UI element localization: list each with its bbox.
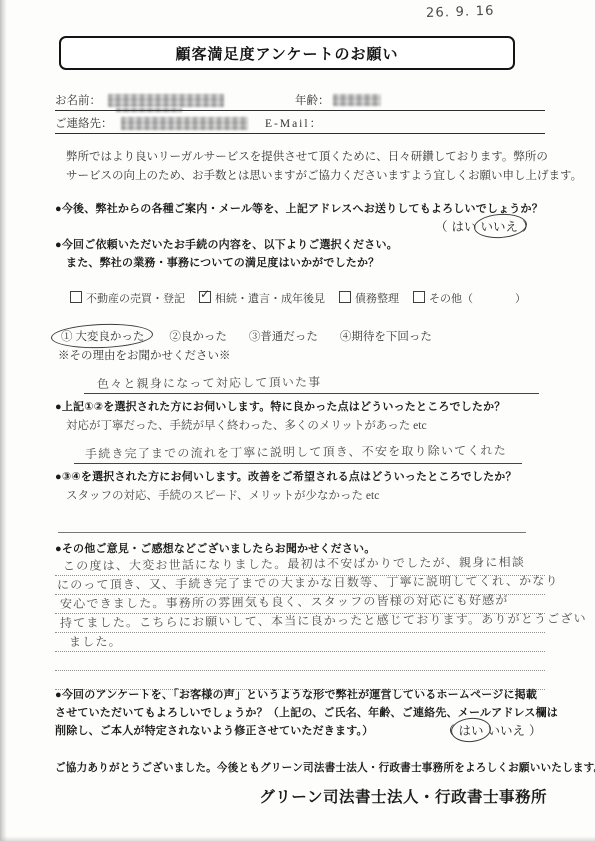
option-yes: はい	[450, 217, 479, 235]
handwritten-comment-1: この度は、大変お世話になりました。最初は不安ばかりでしたが、親身に相談	[63, 553, 525, 574]
comment-line: ました。	[55, 633, 545, 652]
handwritten-date: 26. 9. 16	[426, 4, 495, 21]
checkbox-debt	[339, 291, 351, 303]
question-mail: ●今後、弊社からの各種ご案内・メール等を、上記アドレスへお送りしてもよろしいでし…	[55, 200, 543, 216]
category-label: 相続・遺言・成年後見	[215, 293, 325, 305]
name-redaction	[108, 94, 224, 107]
question-improve-hint: スタッフの対応、手続のスピード、メリットが少なかった etc	[66, 487, 379, 503]
comment-line-empty	[55, 652, 545, 671]
handwritten-comment-2: にのって頂き、又、手続き完了までの大まかな日数等、丁寧に説明してくれ、かなり	[57, 572, 559, 593]
question-other: ●その他ご意見・ご感想などございましたらお聞かせください。	[55, 540, 375, 556]
category-item: 債務整理	[339, 290, 399, 306]
rating-1-circled: ① 大変良かった	[58, 328, 147, 344]
page-title: 顧客満足度アンケートのお願い	[175, 43, 398, 64]
category-item: その他（	[413, 290, 473, 306]
age-redaction	[333, 94, 381, 106]
intro-line-1: 弊所ではより良いリーガルサービスを提供させて頂くために、日々研鑽しております。弊…	[66, 148, 548, 164]
option-no: いいえ	[486, 721, 528, 739]
handwritten-comment-4: 持てました。こちらにお願いして、本当に良かったと感じております。ありがとうござい	[60, 609, 587, 631]
paren-close: ）	[527, 721, 544, 739]
question-publish-line3: 削除し、ご本人が特定されないよう修正させていただきます。）	[55, 722, 373, 738]
title-box: 顧客満足度アンケートのお願い	[59, 36, 515, 70]
rating-4: ④期待を下回った	[340, 328, 432, 344]
handwritten-reason: 色々と親身になって対応して頂いた事	[97, 373, 322, 392]
check-icon: ✓	[200, 287, 210, 301]
mail-answer-group: （はいいいえ）	[433, 217, 537, 235]
age-label: 年齢：	[295, 92, 330, 108]
category-row: 不動産の売買・登記 ✓相続・遺言・成年後見 債務整理 その他（ ）	[70, 290, 532, 306]
question-publish-line2: させていただいてもよろしいでしょうか？（上記の、ご氏名、年齢、ご連絡先、メールア…	[55, 704, 558, 720]
category-label: その他（	[429, 293, 473, 305]
handwritten-good: 手続き完了までの流れを丁寧に説明して頂き、不安を取り除いてくれた	[85, 441, 507, 462]
question-select-line2: また、弊社の業務・事務についての満足度はいかがでしたか？	[66, 254, 379, 270]
comment-line: 持てました。こちらにお願いして、本当に良かったと感じております。ありがとうござい	[55, 614, 545, 633]
checkbox-real-estate	[70, 291, 82, 303]
checkbox-other	[413, 291, 425, 303]
category-item: ✓相続・遺言・成年後見	[199, 290, 325, 306]
scanned-survey-page: 26. 9. 16 顧客満足度アンケートのお願い お名前： 年齢： ご連絡先： …	[0, 0, 595, 841]
scan-edge-bottom	[0, 836, 595, 841]
comment-area: この度は、大変お世話になりました。最初は不安ばかりでしたが、親身に相談 にのって…	[55, 557, 545, 690]
scan-edge-left	[0, 0, 7, 841]
good-underline	[74, 463, 522, 464]
name-label: お名前：	[55, 92, 101, 108]
rating-row: ① 大変良かった ②良かった ③普通だった ④期待を下回った	[58, 328, 538, 344]
paren-close: ）	[520, 217, 537, 235]
contact-redaction	[121, 117, 248, 130]
option-yes-label: はい	[459, 724, 484, 738]
contact-label: ご連絡先：	[55, 115, 113, 131]
footer-thanks: ご協力ありがとうございました。今後ともグリーン司法書士法人・行政書士事務所をよろ…	[55, 760, 595, 775]
question-select-line1: ●今回ご依頼いただいたお手続の内容を、以下よりご選択ください。	[55, 236, 398, 252]
intro-line-2: サービスの向上のため、お手数とは思いますがご協力くださいますよう宜しくお願い申し…	[66, 167, 582, 183]
category-close-paren: ）	[515, 290, 526, 306]
question-publish-line1: ●今回のアンケートを、「お客様の声」というような形で弊社が運営しているホームペー…	[55, 686, 537, 702]
paren-open: （	[440, 721, 457, 739]
handwritten-comment-3: 安心できました。事務所の雰囲気も良く、スタッフの皆様の対応にも好感が	[60, 591, 509, 612]
category-item: 不動産の売買・登記	[70, 290, 185, 306]
question-good: ●上記①②を選択された方にお伺いします。特に良かった点はどういったところでしたか…	[55, 398, 505, 414]
paren-open: （	[433, 217, 450, 235]
rating-1: ① 大変良かった	[61, 331, 144, 343]
section-divider	[58, 532, 526, 533]
footer-company-name: グリーン司法書士法人・行政書士事務所	[55, 785, 547, 807]
rating-2: ②良かった	[169, 328, 227, 344]
handwritten-comment-5: ました。	[69, 633, 122, 650]
reason-underline	[84, 393, 539, 394]
name-row-underline	[55, 110, 545, 111]
option-yes-circled: はい	[457, 721, 486, 739]
question-good-hint: 対応が丁寧だった、手続が早く終わった、多くのメリットがあった etc	[66, 417, 427, 433]
email-label: E-Mail：	[265, 115, 323, 131]
category-label: 不動産の売買・登記	[86, 293, 185, 305]
question-improve: ●③④を選択された方にお伺いします。改善をご希望される点はどういったところでした…	[55, 468, 517, 484]
checkbox-inheritance: ✓	[199, 291, 211, 303]
contact-row-underline	[55, 133, 545, 134]
option-no-circled: いいえ	[479, 217, 521, 235]
rating-note: ※その理由をお聞かせください※	[58, 347, 231, 363]
publish-answer-group: （はいいいえ）	[440, 721, 544, 739]
category-label: 債務整理	[355, 293, 399, 305]
option-no-label: いいえ	[481, 220, 519, 234]
rating-3: ③普通だった	[249, 328, 318, 344]
